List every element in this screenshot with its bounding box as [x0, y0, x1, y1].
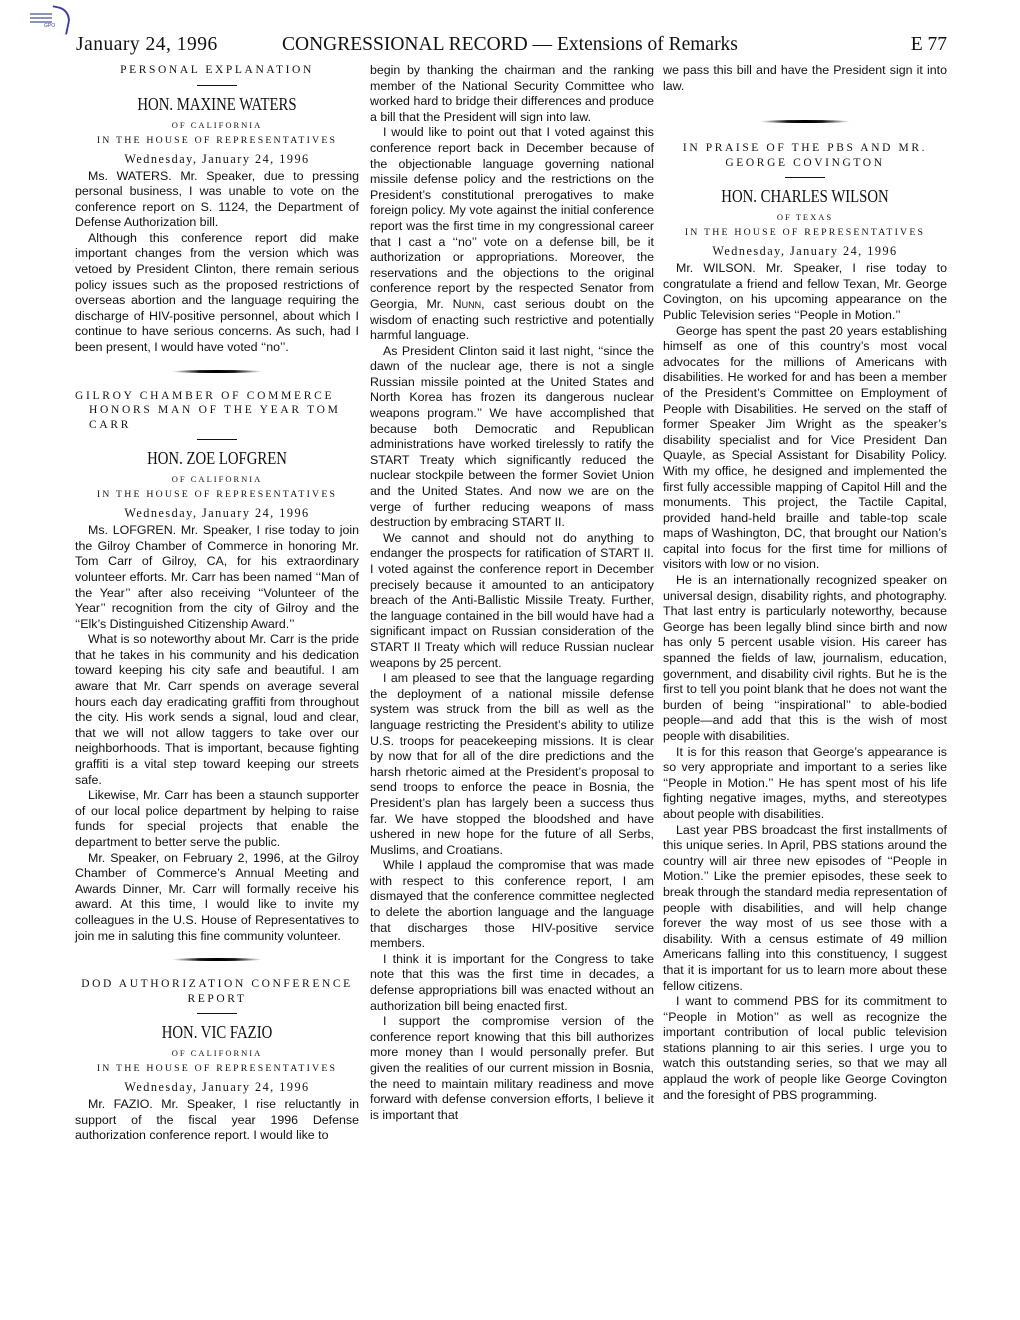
- member-state: OF TEXAS: [663, 210, 947, 224]
- session-date: Wednesday, January 24, 1996: [75, 149, 359, 169]
- paragraph: Mr. FAZIO. Mr. Speaker, I rise reluctant…: [75, 1097, 359, 1144]
- paragraph-text: I would like to point out that I voted a…: [370, 125, 654, 311]
- paragraph: He is an internationally recognized spea…: [663, 573, 947, 745]
- paragraph: Mr. WILSON. Mr. Speaker, I rise today to…: [663, 261, 947, 323]
- session-date: Wednesday, January 24, 1996: [75, 503, 359, 523]
- section-separator: [760, 120, 850, 123]
- eagle-swoosh-icon: [48, 5, 73, 35]
- paragraph: What is so noteworthy about Mr. Carr is …: [75, 632, 359, 788]
- page-number: E 77: [911, 34, 947, 56]
- section-title: DOD AUTHORIZATION CONFERENCE REPORT: [75, 977, 359, 1006]
- paragraph: While I applaud the compromise that was …: [370, 858, 654, 952]
- paragraph: I want to commend PBS for its commitment…: [663, 994, 947, 1103]
- paragraph: We cannot and should not do anything to …: [370, 531, 654, 671]
- member-state: OF CALIFORNIA: [75, 1046, 359, 1060]
- senator-name: Nunn: [453, 297, 481, 311]
- divider: [785, 177, 825, 178]
- member-name: HON. CHARLES WILSON: [689, 184, 922, 208]
- paragraph: Ms. LOFGREN. Mr. Speaker, I rise today t…: [75, 523, 359, 632]
- column-1: PERSONAL EXPLANATION HON. MAXINE WATERS …: [75, 63, 359, 1144]
- chamber: IN THE HOUSE OF REPRESENTATIVES: [663, 225, 947, 241]
- paragraph: It is for this reason that George’s appe…: [663, 745, 947, 823]
- paragraph: Last year PBS broadcast the first instal…: [663, 823, 947, 995]
- session-date: Wednesday, January 24, 1996: [663, 241, 947, 261]
- divider: [197, 439, 237, 440]
- paragraph: Ms. WATERS. Mr. Speaker, due to pressing…: [75, 169, 359, 231]
- paragraph: I would like to point out that I voted a…: [370, 125, 654, 343]
- section-title: PERSONAL EXPLANATION: [75, 63, 359, 78]
- header-date: January 24, 1996: [76, 34, 218, 56]
- section-title: GILROY CHAMBER OF COMMERCE HONORS MAN OF…: [75, 389, 359, 433]
- member-name: HON. MAXINE WATERS: [101, 92, 334, 116]
- paragraph: Although this conference report did make…: [75, 231, 359, 356]
- column-2: begin by thanking the chairman and the r…: [370, 63, 654, 1123]
- section-title: IN PRAISE OF THE PBS AND MR. GEORGE COVI…: [663, 141, 947, 170]
- chamber: IN THE HOUSE OF REPRESENTATIVES: [75, 487, 359, 503]
- section-separator: [172, 370, 262, 373]
- member-state: OF CALIFORNIA: [75, 472, 359, 486]
- member-state: OF CALIFORNIA: [75, 118, 359, 132]
- member-name: HON. VIC FAZIO: [101, 1020, 334, 1044]
- logo-label: GPO: [44, 23, 55, 29]
- column-3: we pass this bill and have the President…: [663, 63, 947, 1103]
- divider: [197, 85, 237, 86]
- paragraph: I support the compromise version of the …: [370, 1014, 654, 1123]
- divider: [197, 1013, 237, 1014]
- paragraph: Mr. Speaker, on February 2, 1996, at the…: [75, 851, 359, 945]
- paragraph: I am pleased to see that the language re…: [370, 671, 654, 858]
- session-date: Wednesday, January 24, 1996: [75, 1077, 359, 1097]
- gpo-logo: GPO: [30, 5, 72, 33]
- paragraph: I think it is important for the Congress…: [370, 952, 654, 1014]
- paragraph: Likewise, Mr. Carr has been a staunch su…: [75, 788, 359, 850]
- paragraph: As President Clinton said it last night,…: [370, 344, 654, 531]
- running-header: January 24, 1996 CONGRESSIONAL RECORD — …: [74, 34, 947, 58]
- header-title: CONGRESSIONAL RECORD — Extensions of Rem…: [282, 34, 738, 56]
- paragraph-continued: begin by thanking the chairman and the r…: [370, 63, 654, 125]
- paragraph-continued: we pass this bill and have the President…: [663, 63, 947, 94]
- paragraph: George has spent the past 20 years estab…: [663, 324, 947, 574]
- chamber: IN THE HOUSE OF REPRESENTATIVES: [75, 133, 359, 149]
- member-name: HON. ZOE LOFGREN: [101, 446, 334, 470]
- chamber: IN THE HOUSE OF REPRESENTATIVES: [75, 1061, 359, 1077]
- section-separator: [172, 958, 262, 961]
